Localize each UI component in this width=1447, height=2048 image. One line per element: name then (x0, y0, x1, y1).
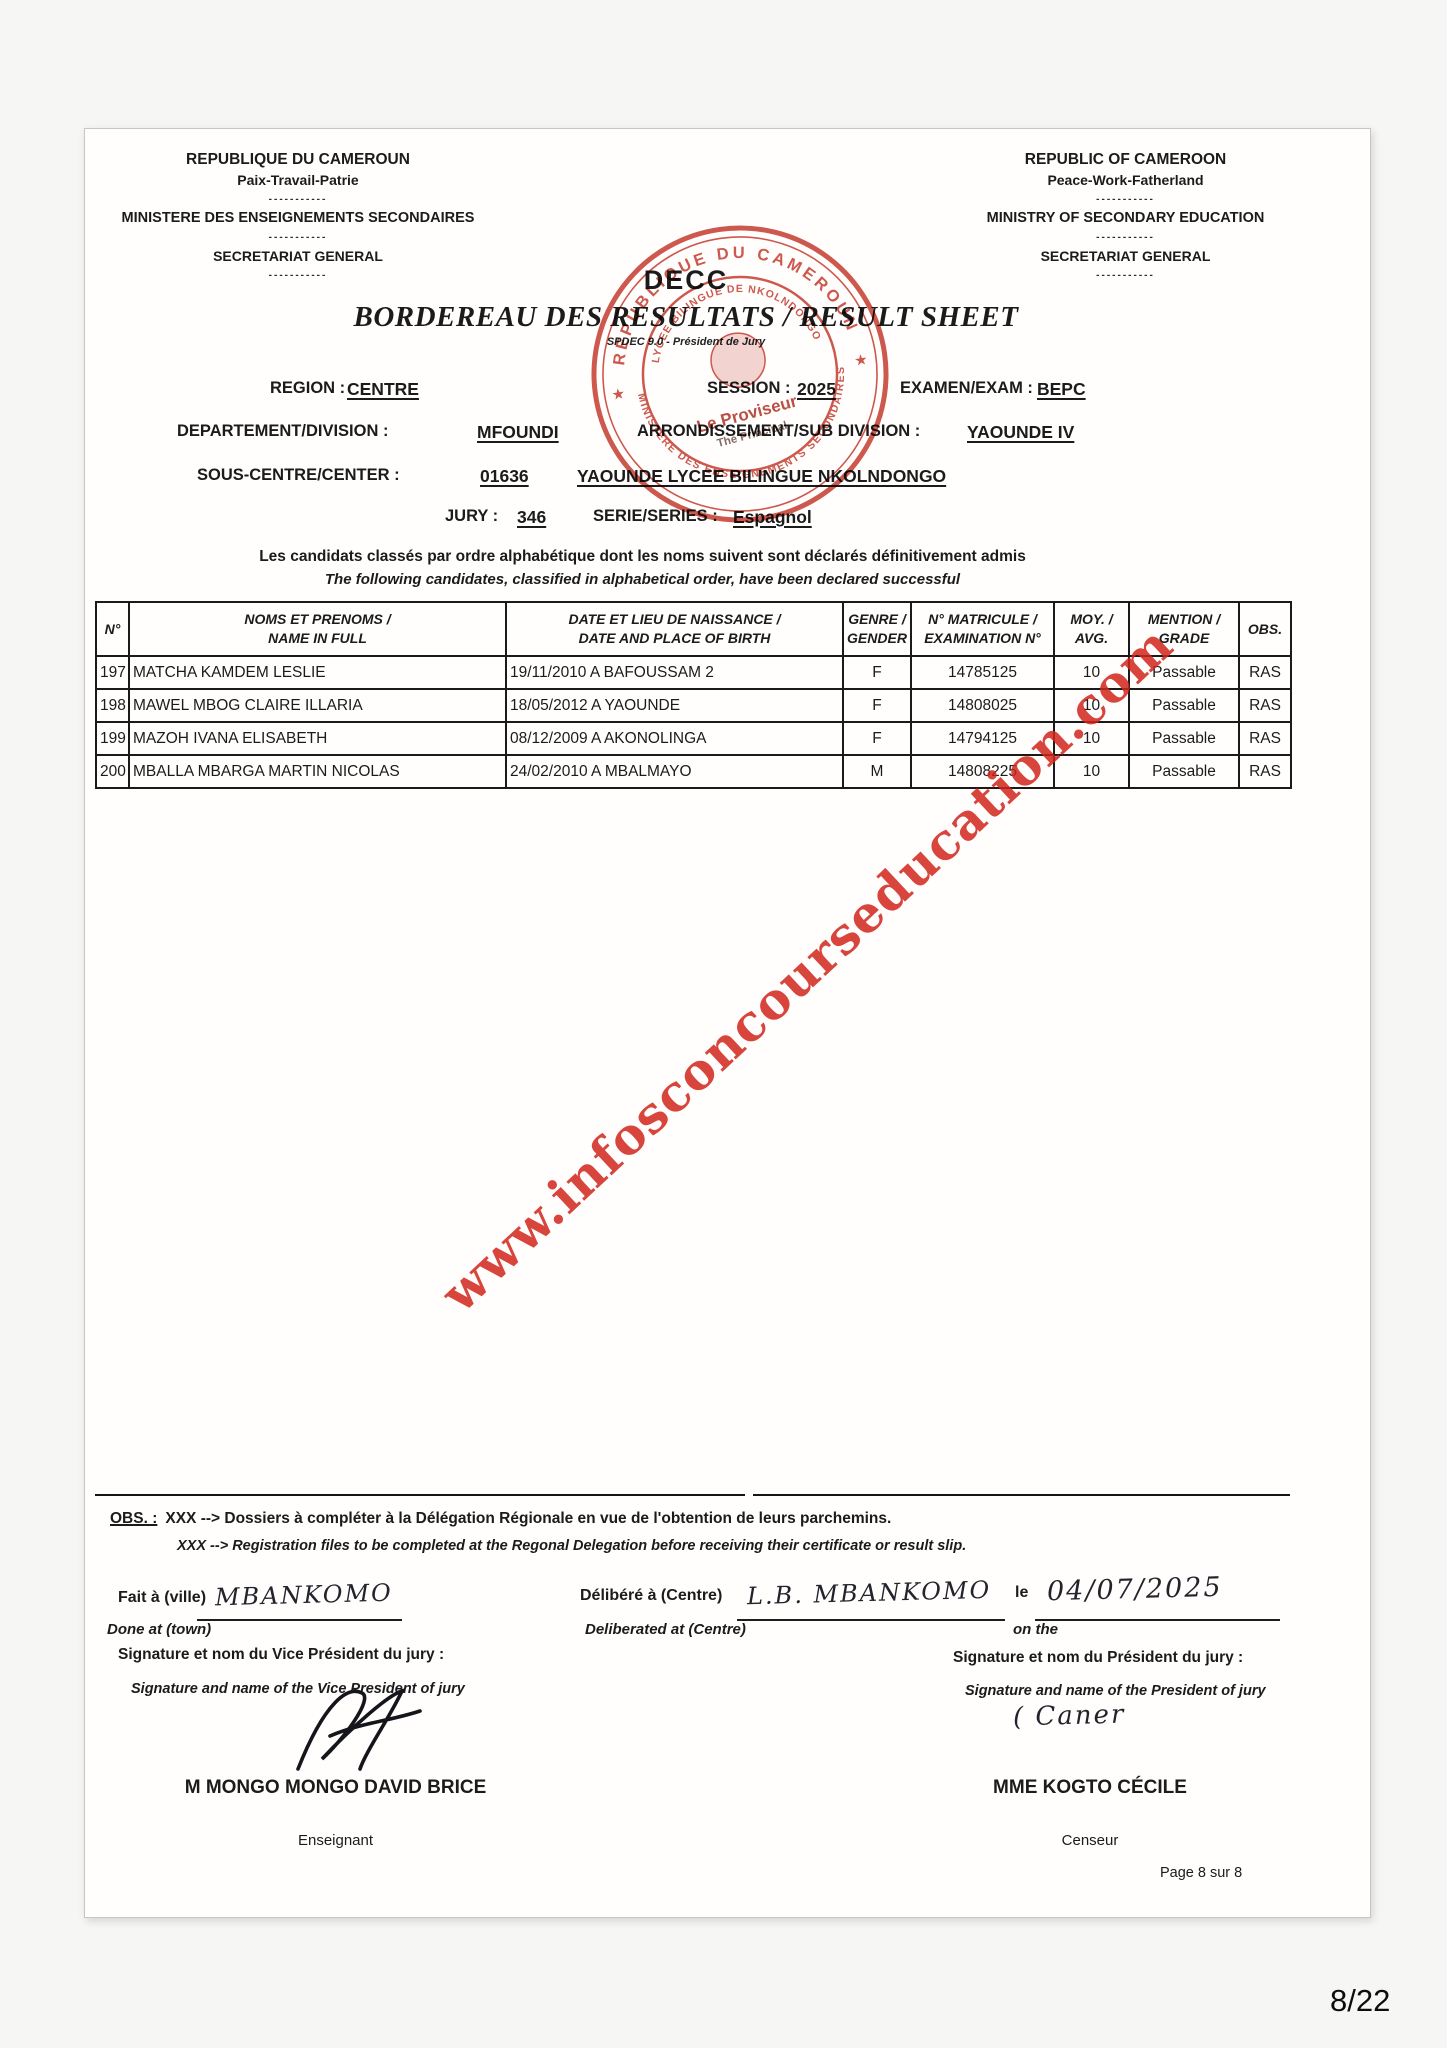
viewer-canvas: REPUBLIQUE DU CAMEROUN Paix-Travail-Patr… (0, 0, 1447, 2048)
cell-grade: Passable (1129, 722, 1239, 755)
deliberated-underline (737, 1619, 1005, 1621)
ministry-en: MINISTRY OF SECONDARY EDUCATION (953, 210, 1298, 226)
jury-label: JURY : (445, 507, 498, 526)
obs-divider (95, 1494, 745, 1496)
document-page: REPUBLIQUE DU CAMEROUN Paix-Travail-Patr… (84, 128, 1371, 1918)
col-birth: DATE ET LIEU DE NAISSANCE /DATE AND PLAC… (506, 602, 843, 656)
stamp-star-right-icon: ★ (853, 351, 869, 370)
obs-text-fr: XXX --> Dossiers à compléter à la Déléga… (165, 1510, 891, 1527)
president-name-block: MME KOGTO CÉCILE Censeur (875, 1777, 1305, 1849)
cell-obs: RAS (1239, 656, 1291, 689)
declaration-block: Les candidats classés par ordre alphabét… (85, 548, 1200, 588)
cell-matricule: 14785125 (911, 656, 1054, 689)
region-value: CENTRE (347, 379, 419, 400)
secretariat-fr: SECRETARIAT GENERAL (113, 248, 483, 264)
viewer-page-indicator: 8/22 (1330, 1983, 1390, 2019)
cell-name: MATCHA KAMDEM LESLIE (129, 656, 506, 689)
country-en: REPUBLIC OF CAMEROON (953, 151, 1298, 169)
col-number: N° (96, 602, 129, 656)
date-label-fr: le (1015, 1584, 1028, 1602)
done-at-value-handwriting: MBANKOMO (215, 1579, 393, 1612)
secretariat-en: SECRETARIAT GENERAL (953, 248, 1298, 264)
table-row: 200 MBALLA MBARGA MARTIN NICOLAS 24/02/2… (96, 755, 1291, 788)
vice-name-block: M MONGO MONGO DAVID BRICE Enseignant (113, 1777, 558, 1849)
declaration-fr: Les candidats classés par ordre alphabét… (85, 548, 1200, 566)
stamp-emblem-icon (708, 330, 769, 391)
declaration-en: The following candidates, classified in … (85, 571, 1200, 588)
cell-grade: Passable (1129, 689, 1239, 722)
page-number-label: Page 8 sur 8 (1160, 1865, 1242, 1881)
col-matricule: N° MATRICULE /EXAMINATION N° (911, 602, 1054, 656)
vice-president-name: M MONGO MONGO DAVID BRICE (113, 1777, 558, 1799)
cell-obs: RAS (1239, 722, 1291, 755)
cell-name: MAZOH IVANA ELISABETH (129, 722, 506, 755)
cell-gender: M (843, 755, 911, 788)
separator: ----------- (113, 232, 483, 243)
col-gender: GENRE /GENDER (843, 602, 911, 656)
exam-label: EXAMEN/EXAM : (900, 379, 1033, 398)
ministry-fr: MINISTERE DES ENSEIGNEMENTS SECONDAIRES (113, 210, 483, 226)
cell-number: 200 (96, 755, 129, 788)
done-at-label-en: Done at (town) (107, 1621, 211, 1638)
date-label-en: on the (1013, 1621, 1058, 1638)
deliberated-value-handwriting: L.B. MBANKOMO (747, 1576, 992, 1610)
country-fr: REPUBLIQUE DU CAMEROUN (113, 151, 483, 169)
president-signature-handwriting: ( Caner (1013, 1700, 1126, 1733)
cell-birth: 18/05/2012 A YAOUNDE (506, 689, 843, 722)
vice-president-role: Enseignant (113, 1832, 558, 1849)
stamp-star-left-icon: ★ (611, 385, 627, 404)
col-obs: OBS. (1239, 602, 1291, 656)
cell-name: MBALLA MBARGA MARTIN NICOLAS (129, 755, 506, 788)
department-label: DEPARTEMENT/DIVISION : (177, 422, 388, 441)
cell-birth: 08/12/2009 A AKONOLINGA (506, 722, 843, 755)
obs-divider (753, 1494, 1290, 1496)
cell-gender: F (843, 656, 911, 689)
obs-note-fr: OBS. :XXX --> Dossiers à compléter à la … (110, 1510, 891, 1528)
cell-number: 197 (96, 656, 129, 689)
cell-birth: 19/11/2010 A BAFOUSSAM 2 (506, 656, 843, 689)
cell-number: 199 (96, 722, 129, 755)
president-role: Censeur (875, 1832, 1305, 1849)
cell-grade: Passable (1129, 755, 1239, 788)
cell-obs: RAS (1239, 755, 1291, 788)
jury-value: 346 (517, 507, 546, 528)
president-name: MME KOGTO CÉCILE (875, 1777, 1305, 1799)
cell-gender: F (843, 722, 911, 755)
separator: ----------- (113, 194, 483, 205)
date-value-handwriting: 04/07/2025 (1047, 1572, 1223, 1608)
obs-label: OBS. : (110, 1510, 157, 1527)
motto-fr: Paix-Travail-Patrie (113, 172, 483, 188)
subdivision-value: YAOUNDE IV (967, 422, 1074, 443)
cell-birth: 24/02/2010 A MBALMAYO (506, 755, 843, 788)
done-at-underline (197, 1619, 402, 1621)
obs-note-en: XXX --> Registration files to be complet… (177, 1538, 966, 1554)
exam-value: BEPC (1037, 379, 1086, 400)
table-row: 199 MAZOH IVANA ELISABETH 08/12/2009 A A… (96, 722, 1291, 755)
center-code: 01636 (480, 466, 529, 487)
deliberated-label-fr: Délibéré à (Centre) (580, 1587, 722, 1605)
motto-en: Peace-Work-Fatherland (953, 172, 1298, 188)
cell-obs: RAS (1239, 689, 1291, 722)
vice-signature-label-fr: Signature et nom du Vice Président du ju… (118, 1646, 444, 1664)
cell-name: MAWEL MBOG CLAIRE ILLARIA (129, 689, 506, 722)
president-signature-label-en: Signature and name of the President of j… (965, 1683, 1266, 1699)
separator: ----------- (953, 194, 1298, 205)
president-signature-label-fr: Signature et nom du Président du jury : (953, 1649, 1243, 1667)
cell-number: 198 (96, 689, 129, 722)
official-stamp-icon: REPUBLIQUE DU CAMEROUN MINISTERE DES ENS… (559, 193, 920, 554)
done-at-label-fr: Fait à (ville) (118, 1589, 206, 1607)
vice-signature-icon (270, 1681, 460, 1776)
deliberated-label-en: Deliberated at (Centre) (585, 1621, 746, 1638)
center-label: SOUS-CENTRE/CENTER : (197, 466, 400, 485)
department-value: MFOUNDI (477, 422, 559, 443)
date-underline (1035, 1619, 1280, 1621)
separator: ----------- (953, 232, 1298, 243)
col-name: NOMS ET PRENOMS /NAME IN FULL (129, 602, 506, 656)
cell-gender: F (843, 689, 911, 722)
region-label: REGION : (270, 379, 345, 398)
